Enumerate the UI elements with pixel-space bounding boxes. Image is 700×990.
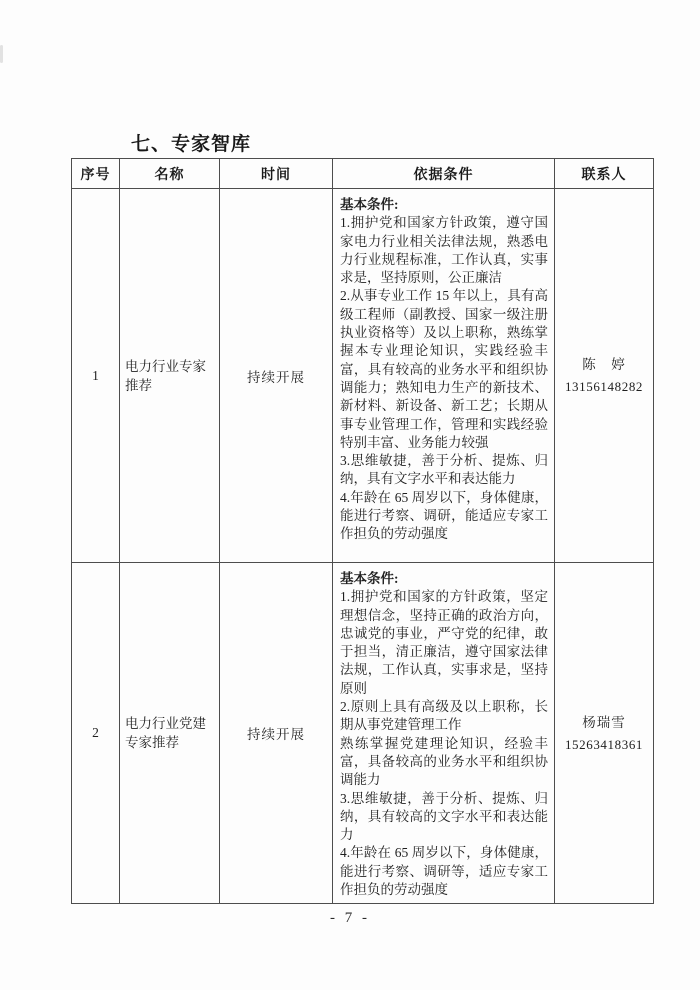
row-conditions-cell: 基本条件: 1.拥护党和国家的方针政策，坚定理想信念，坚持正确的政治方向，忠诚党… (333, 563, 555, 904)
contact-phone: 13156148282 (555, 377, 653, 396)
row-name: 电力行业党建专家推荐 (120, 714, 219, 752)
col-header-conditions: 依据条件 (333, 159, 555, 189)
expert-table: 序号 名称 时间 依据条件 联系人 1 电力行业专家推荐 持续开展 基本条件: … (71, 158, 654, 904)
row-index: 1 (72, 189, 120, 563)
table-header-row: 序号 名称 时间 依据条件 联系人 (72, 159, 654, 189)
row-time: 持续开展 (220, 189, 333, 563)
col-header-contact: 联系人 (555, 159, 654, 189)
row-time: 持续开展 (220, 563, 333, 904)
page-number: - 7 - (0, 910, 700, 927)
section-title: 七、专家智库 (131, 129, 251, 156)
col-header-time: 时间 (220, 159, 333, 189)
row-name-cell: 电力行业专家推荐 (120, 189, 220, 563)
scan-artifact (0, 45, 3, 63)
row-conditions-cell: 基本条件: 1.拥护党和国家方针政策，遵守国家电力行业相关法律法规，熟悉电力行业… (333, 189, 555, 563)
row-index: 2 (72, 563, 120, 904)
table-row: 2 电力行业党建专家推荐 持续开展 基本条件: 1.拥护党和国家的方针政策，坚定… (72, 563, 654, 904)
row-contact-cell: 陈 婷 13156148282 (555, 189, 654, 563)
contact-name: 陈 婷 (555, 355, 653, 374)
conditions-text: 1.拥护党和国家的方针政策，坚定理想信念，坚持正确的政治方向，忠诚党的事业，严守… (340, 588, 548, 899)
conditions-title: 基本条件: (340, 196, 548, 214)
row-name: 电力行业专家推荐 (120, 357, 219, 395)
contact-phone: 15263418361 (555, 735, 653, 754)
table-row: 1 电力行业专家推荐 持续开展 基本条件: 1.拥护党和国家方针政策，遵守国家电… (72, 189, 654, 563)
contact-name: 杨瑞雪 (555, 713, 653, 732)
col-header-index: 序号 (72, 159, 120, 189)
conditions-title: 基本条件: (340, 570, 548, 588)
row-contact-cell: 杨瑞雪 15263418361 (555, 563, 654, 904)
row-name-cell: 电力行业党建专家推荐 (120, 563, 220, 904)
col-header-name: 名称 (120, 159, 220, 189)
conditions-text: 1.拥护党和国家方针政策，遵守国家电力行业相关法律法规，熟悉电力行业规程标准，工… (340, 214, 548, 543)
